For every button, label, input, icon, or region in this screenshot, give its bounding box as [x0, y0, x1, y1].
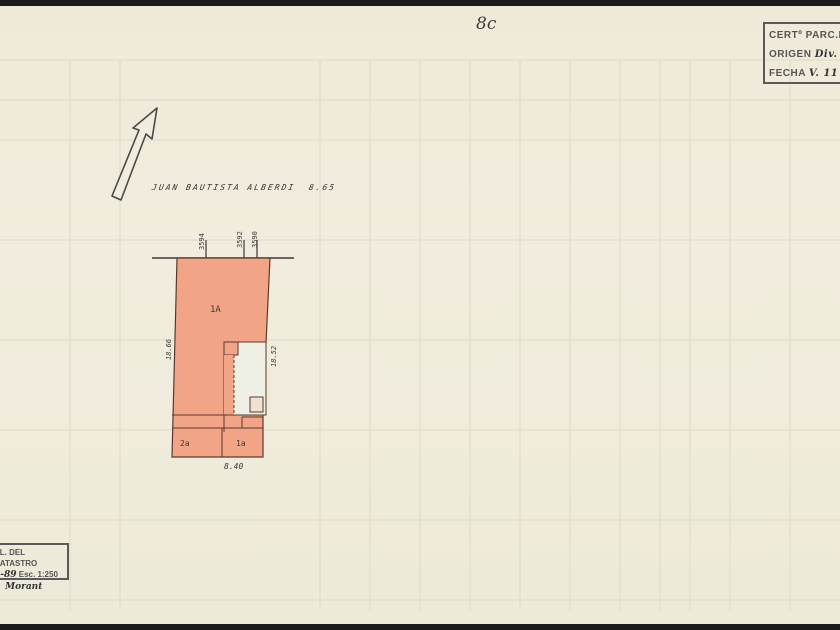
- parcel-label-2a: 2a: [180, 439, 190, 448]
- door-number: 3594: [198, 233, 206, 250]
- parcel-label-1a: 1a: [236, 439, 246, 448]
- parcel-label-1A: 1A: [210, 305, 221, 315]
- dimension-right: 18.52: [270, 346, 278, 367]
- door-number: 3590: [251, 231, 259, 248]
- parcel-plan: 1A 2a 1a 3594 3592 3590 18.66 18.52 8.40: [0, 0, 840, 630]
- dimension-left: 18.66: [165, 339, 173, 360]
- dimension-rear: 8.40: [224, 462, 243, 471]
- door-number: 3592: [236, 231, 244, 248]
